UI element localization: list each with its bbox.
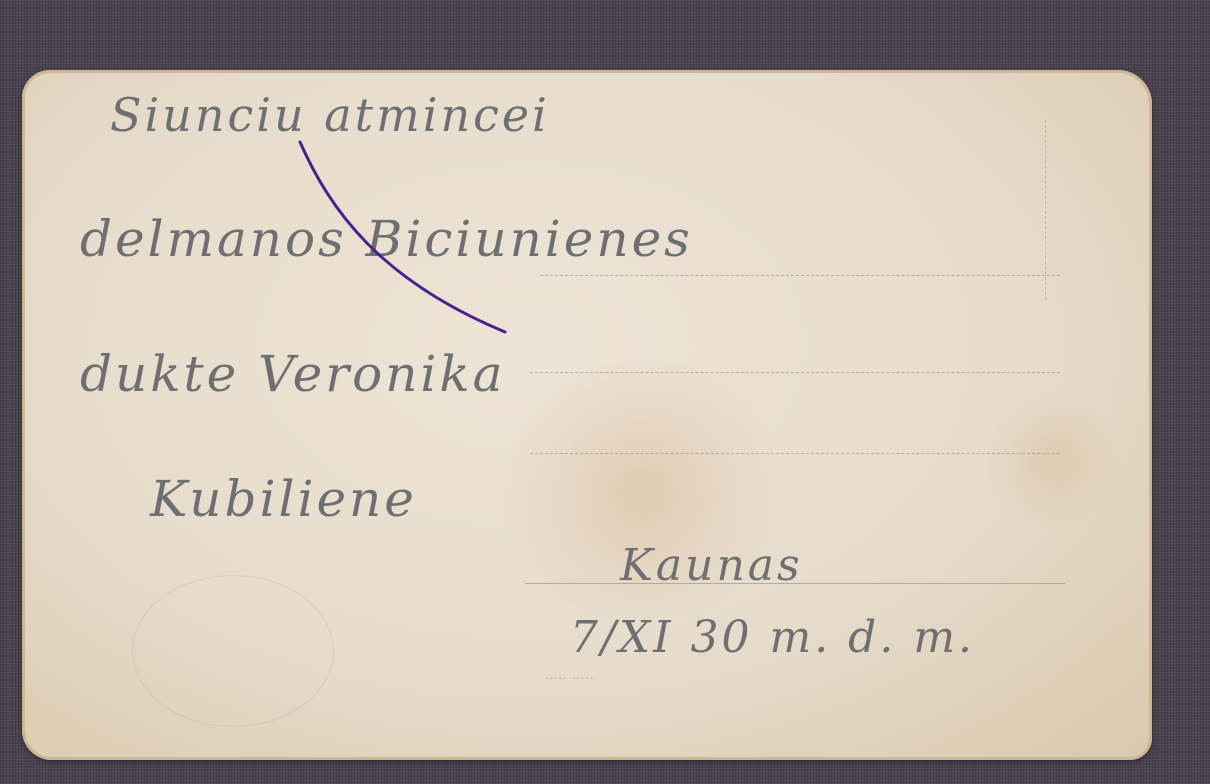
address-divider-line bbox=[1045, 120, 1046, 300]
address-line bbox=[530, 453, 1060, 454]
handwriting-date: 7/XI 30 m. d. m. bbox=[570, 612, 975, 663]
printed-publisher-text: ····· ····· bbox=[545, 672, 594, 685]
handwriting-line-5: Kaunas bbox=[620, 540, 803, 591]
water-stain bbox=[982, 390, 1122, 530]
handwriting-line-3: dukte Veronika bbox=[80, 345, 506, 403]
faded-postmark-stamp bbox=[132, 575, 334, 727]
address-line bbox=[540, 275, 1060, 276]
handwriting-line-4: Kubiliene bbox=[150, 470, 417, 528]
address-line bbox=[530, 372, 1060, 373]
handwriting-line-1: Siunciu atmincei bbox=[110, 88, 550, 142]
handwriting-line-2: delmanos Biciunienes bbox=[80, 210, 693, 268]
